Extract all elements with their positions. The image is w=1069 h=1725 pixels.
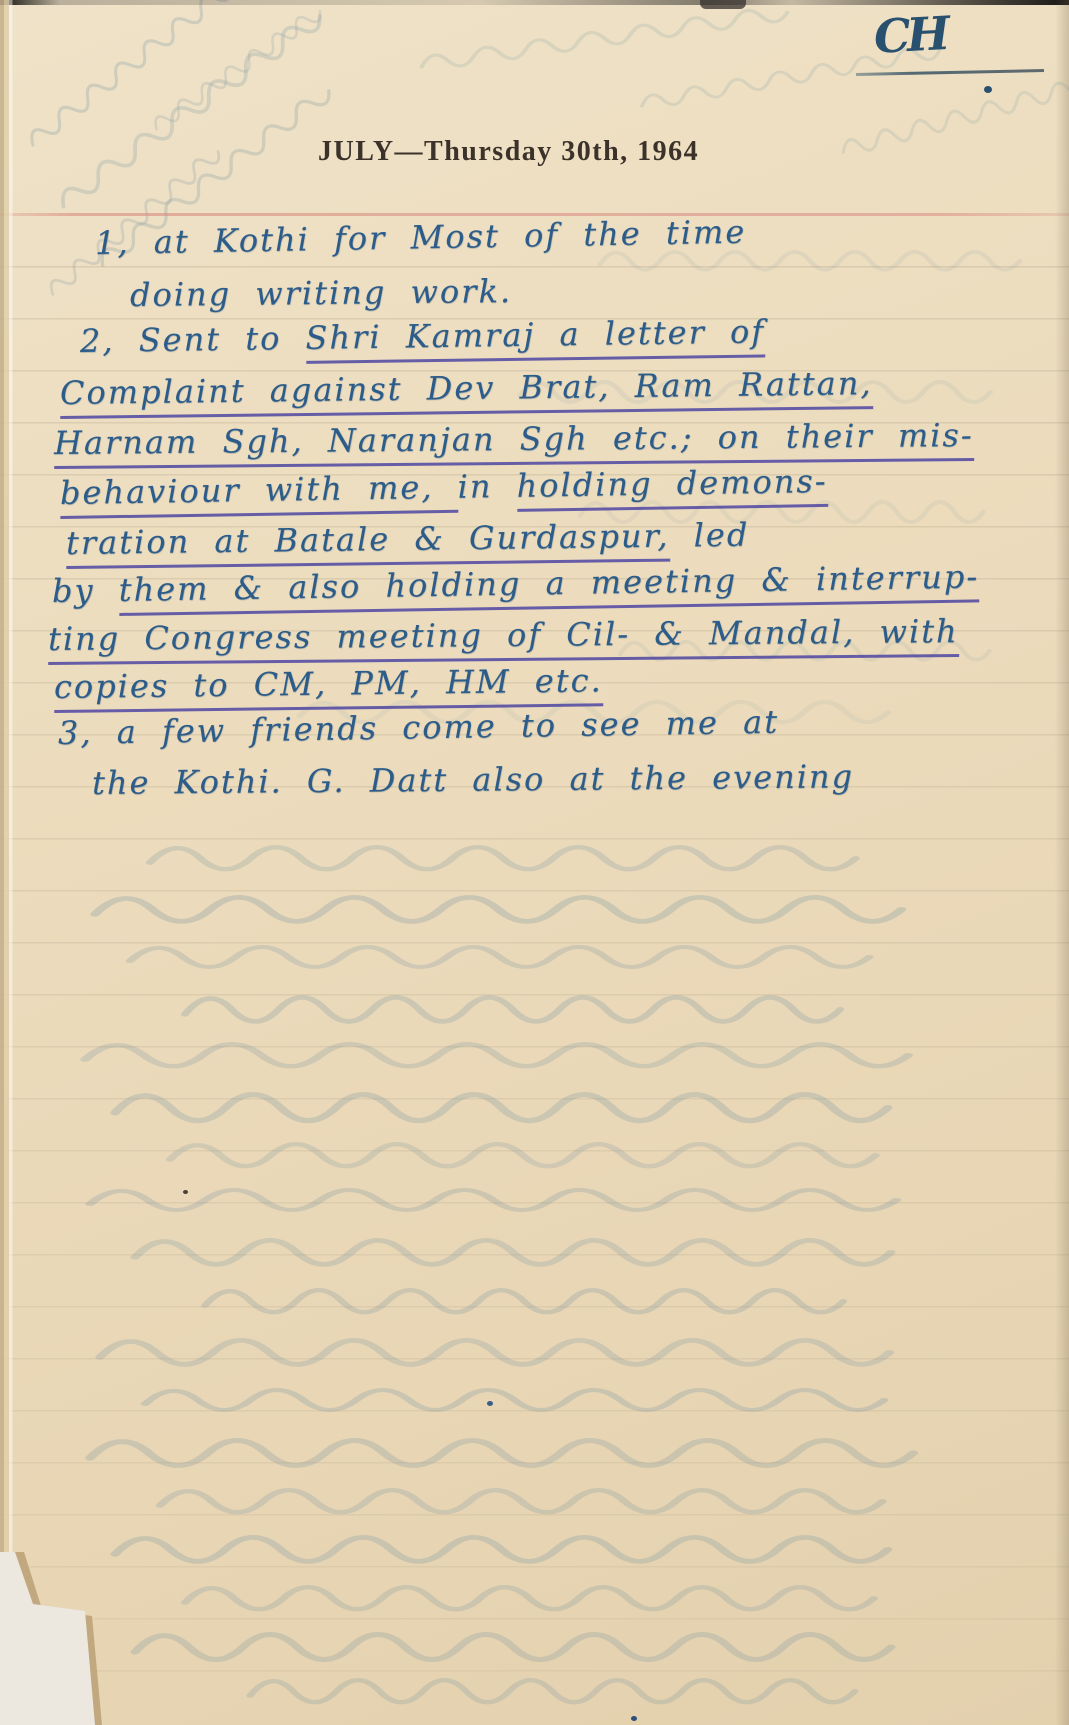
diary-scan: { "colors": { "paper": "#ecdcbd", "ink_b… [0,0,1069,1725]
ink-speck-1 [984,86,992,93]
scan-top-edge [0,0,1069,5]
page-left-edge [0,0,16,1585]
red-header-rule [0,213,1069,216]
monogram-underline [856,69,1044,76]
scan-top-blotch [700,0,746,9]
monogram-initials: CH [873,6,948,64]
ruled-lines [0,216,1069,1721]
printed-date-header: JULY—Thursday 30th, 1964 [318,136,699,168]
page-right-shade [1055,0,1069,1725]
